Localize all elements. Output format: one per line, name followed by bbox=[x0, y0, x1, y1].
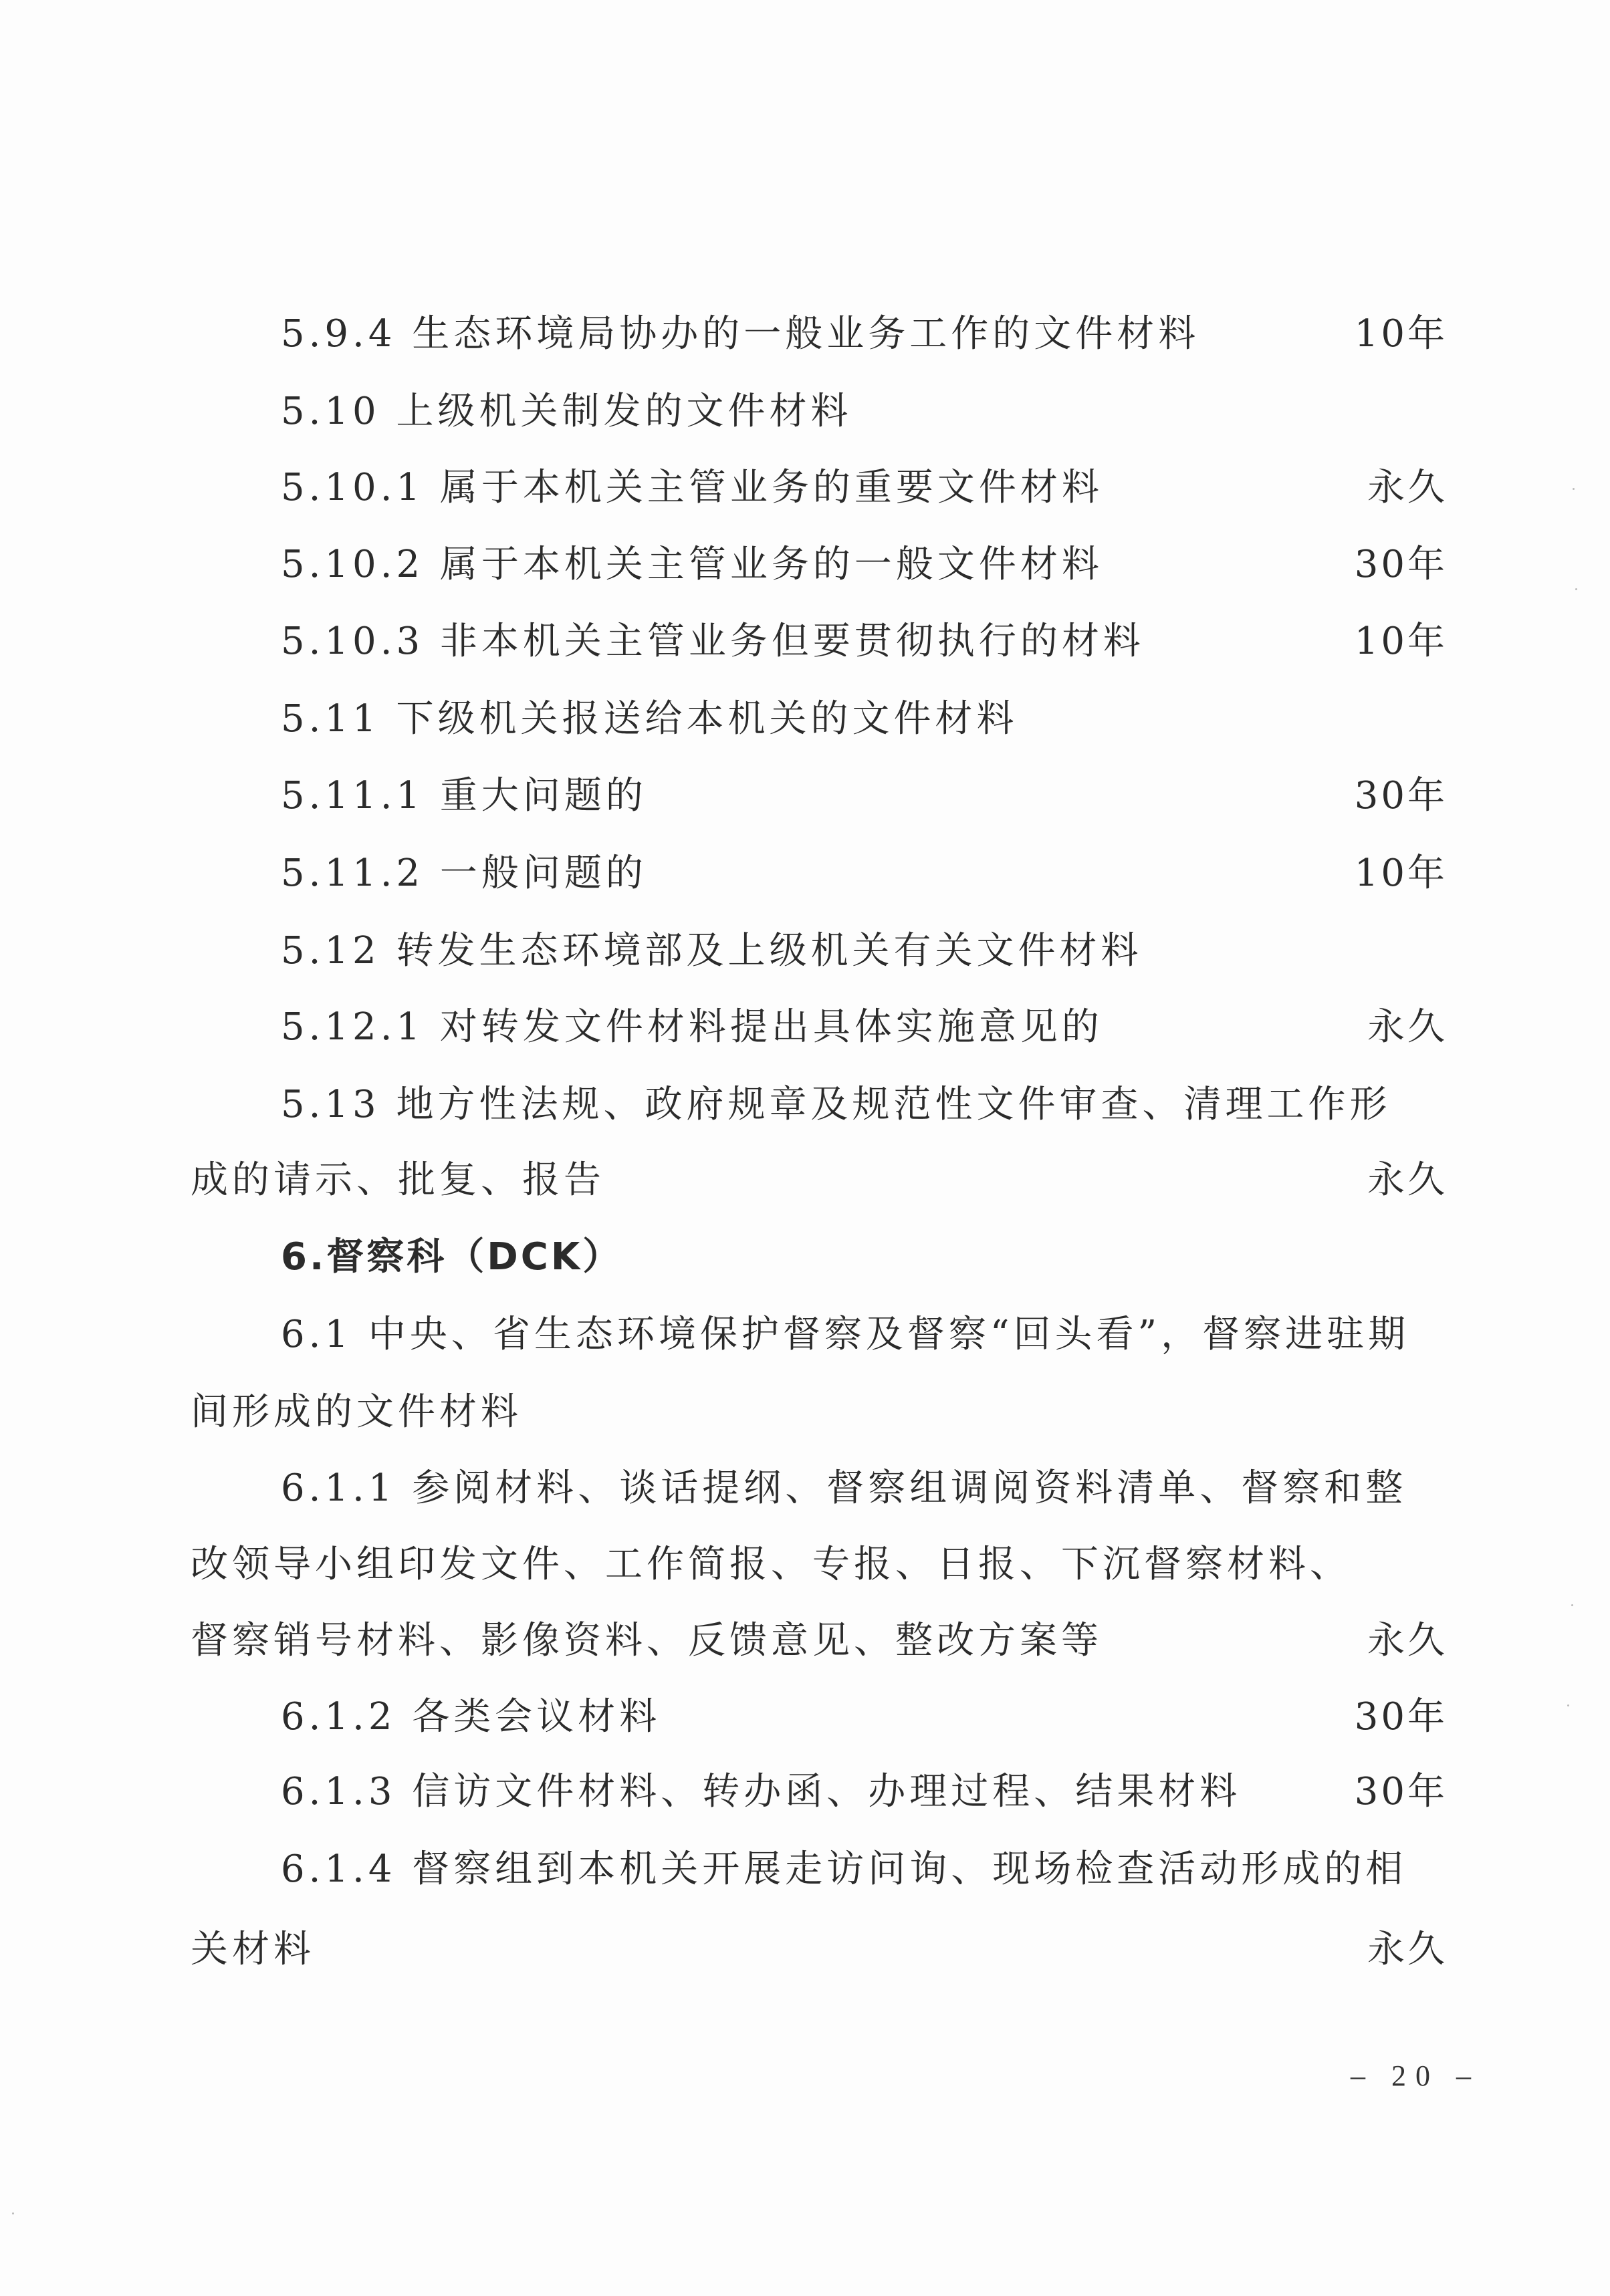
item-text: 督察销号材料、影像资料、反馈意见、整改方案等 bbox=[191, 1614, 1103, 1668]
retention-item-5-11-1: 5.11.1 重大问题的 30年 bbox=[191, 769, 1448, 823]
item-text: 5.11.2 一般问题的 bbox=[191, 847, 647, 900]
retention-item-5-11-2: 5.11.2 一般问题的 10年 bbox=[191, 847, 1448, 900]
section-5-13: 5.13 地方性法规、政府规章及规范性文件审查、清理工作形 bbox=[191, 1078, 1448, 1132]
retention-item-6-1-1-continuation-2: 督察销号材料、影像资料、反馈意见、整改方案等 永久 bbox=[191, 1614, 1448, 1668]
retention-item-6-1-4: 6.1.4 督察组到本机关开展走访问询、现场检查活动形成的相 bbox=[191, 1843, 1448, 1896]
item-text: 6.1 中央、省生态环境保护督察及督察“回头看”，督察进驻期 bbox=[191, 1308, 1409, 1362]
item-text: 6.1.1 参阅材料、谈话提纲、督察组调阅资料清单、督察和整 bbox=[191, 1462, 1407, 1515]
item-text: 6.1.4 督察组到本机关开展走访问询、现场检查活动形成的相 bbox=[191, 1843, 1407, 1896]
section-5-10: 5.10 上级机关制发的文件材料 bbox=[191, 385, 1448, 438]
item-text: 5.12 转发生态环境部及上级机关有关文件材料 bbox=[191, 924, 1143, 978]
item-text: 6.1.3 信访文件材料、转办函、办理过程、结果材料 bbox=[191, 1765, 1241, 1819]
retention-period: 永久 bbox=[1367, 1923, 1448, 1976]
retention-period: 10年 bbox=[1355, 615, 1448, 668]
retention-item-5-12-1: 5.12.1 对转发文件材料提出具体实施意见的 永久 bbox=[191, 1001, 1448, 1054]
retention-period: 永久 bbox=[1367, 461, 1448, 515]
item-text: 5.11 下级机关报送给本机关的文件材料 bbox=[191, 692, 1018, 746]
item-text: 5.9.4 生态环境局协办的一般业务工作的文件材料 bbox=[191, 307, 1199, 361]
item-text: 6.1.2 各类会议材料 bbox=[191, 1690, 661, 1744]
retention-item-5-10-2: 5.10.2 属于本机关主管业务的一般文件材料 30年 bbox=[191, 538, 1448, 592]
retention-period: 10年 bbox=[1355, 847, 1448, 900]
retention-period: 永久 bbox=[1367, 1154, 1448, 1207]
item-text: 5.10.3 非本机关主管业务但要贯彻执行的材料 bbox=[191, 615, 1145, 668]
retention-item-5-9-4: 5.9.4 生态环境局协办的一般业务工作的文件材料 10年 bbox=[191, 307, 1448, 361]
item-text: 间形成的文件材料 bbox=[191, 1386, 522, 1439]
scan-speck bbox=[12, 2212, 14, 2214]
retention-period: 永久 bbox=[1367, 1614, 1448, 1668]
retention-period: 30年 bbox=[1355, 769, 1448, 823]
item-text: 成的请示、批复、报告 bbox=[191, 1154, 605, 1207]
retention-item-6-1-3: 6.1.3 信访文件材料、转办函、办理过程、结果材料 30年 bbox=[191, 1765, 1448, 1819]
retention-item-6-1-2: 6.1.2 各类会议材料 30年 bbox=[191, 1690, 1448, 1744]
retention-item-6-1-1-continuation-1: 改领导小组印发文件、工作简报、专报、日报、下沉督察材料、 bbox=[191, 1538, 1448, 1591]
retention-item-6-1-1: 6.1.1 参阅材料、谈话提纲、督察组调阅资料清单、督察和整 bbox=[191, 1462, 1448, 1515]
item-text: 5.11.1 重大问题的 bbox=[191, 769, 647, 823]
section-heading-6: 6.督察科（DCK） bbox=[191, 1231, 1448, 1284]
retention-period: 永久 bbox=[1367, 1001, 1448, 1054]
section-5-12: 5.12 转发生态环境部及上级机关有关文件材料 bbox=[191, 924, 1448, 978]
heading-text: 6.督察科（DCK） bbox=[191, 1231, 622, 1284]
section-6-1-continuation: 间形成的文件材料 bbox=[191, 1386, 1448, 1439]
item-text: 5.10.2 属于本机关主管业务的一般文件材料 bbox=[191, 538, 1103, 592]
retention-period: 30年 bbox=[1355, 1690, 1448, 1744]
page-number: – 20 – bbox=[1351, 2059, 1480, 2093]
retention-item-5-10-3: 5.10.3 非本机关主管业务但要贯彻执行的材料 10年 bbox=[191, 615, 1448, 668]
retention-item-5-10-1: 5.10.1 属于本机关主管业务的重要文件材料 永久 bbox=[191, 461, 1448, 515]
scan-speck bbox=[1573, 488, 1575, 490]
retention-period: 10年 bbox=[1355, 307, 1448, 361]
scan-speck bbox=[1575, 588, 1577, 590]
section-5-11: 5.11 下级机关报送给本机关的文件材料 bbox=[191, 692, 1448, 746]
item-text: 5.12.1 对转发文件材料提出具体实施意见的 bbox=[191, 1001, 1103, 1054]
retention-item-6-1-4-continuation: 关材料 永久 bbox=[191, 1923, 1448, 1976]
retention-period: 30年 bbox=[1355, 1765, 1448, 1819]
section-6-1: 6.1 中央、省生态环境保护督察及督察“回头看”，督察进驻期 bbox=[191, 1308, 1448, 1362]
item-text: 关材料 bbox=[191, 1923, 315, 1976]
scan-speck bbox=[1567, 1704, 1569, 1706]
item-text: 5.13 地方性法规、政府规章及规范性文件审查、清理工作形 bbox=[191, 1078, 1391, 1132]
scan-speck bbox=[1571, 1604, 1573, 1606]
item-text: 改领导小组印发文件、工作简报、专报、日报、下沉督察材料、 bbox=[191, 1538, 1351, 1591]
item-text: 5.10.1 属于本机关主管业务的重要文件材料 bbox=[191, 461, 1103, 515]
section-5-13-continuation: 成的请示、批复、报告 永久 bbox=[191, 1154, 1448, 1207]
item-text: 5.10 上级机关制发的文件材料 bbox=[191, 385, 852, 438]
retention-period: 30年 bbox=[1355, 538, 1448, 592]
